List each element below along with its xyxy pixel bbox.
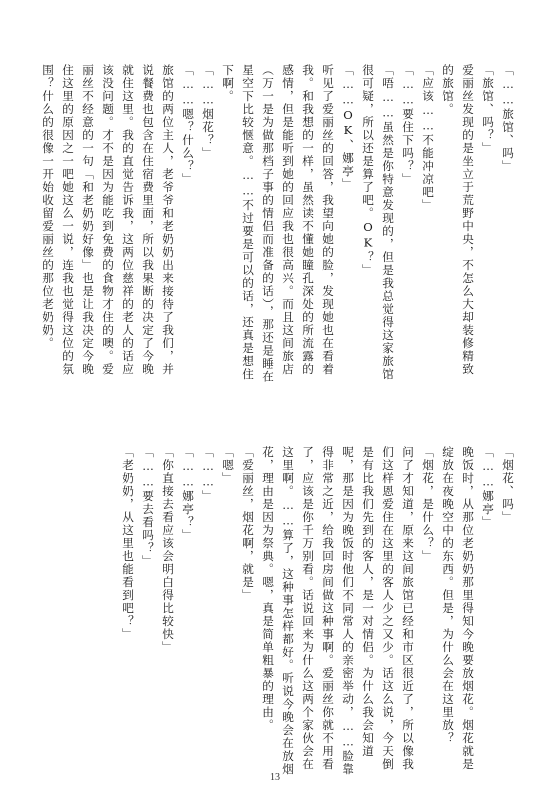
narration-paragraph: 晚饭时，从那位老奶奶那里得知今晚要放烟花。烟花就是绽放在夜晚空中的东西。但是，为…: [438, 446, 478, 776]
dialogue-line: 「……要住下吗？」: [398, 64, 418, 384]
dialogue-line: 「爱丽丝，烟花啊，就是」: [238, 446, 258, 776]
dialogue-line: 「你直接去看应该会明白得比较快」: [158, 446, 178, 776]
top-text-block: 「……旅馆、吗」 「旅馆、吗？」 爱丽丝发现的是坐立于荒野中央，不怎么大却装修精…: [30, 64, 518, 384]
dialogue-line: 「嗯」: [218, 446, 238, 776]
dialogue-line: 「……要去看吗？」: [138, 446, 158, 776]
dialogue-line: 「老奶奶，从这里也能看到吧？」: [118, 446, 138, 776]
dialogue-line: 「……烟花？」: [198, 64, 218, 384]
narration-paragraph: 听见了爱丽丝的回答，我望向她的脸，发现她也在看着我。和我想的一样，虽然读不懂她瞳…: [218, 64, 338, 384]
page-number: 13: [0, 772, 550, 783]
dialogue-line: 「烟花、吗」: [498, 446, 518, 776]
dialogue-line: 「……OK、娜亭」: [338, 64, 358, 384]
dialogue-line: 「……旅馆、吗」: [498, 64, 518, 384]
dialogue-line: 「唔……虽然是你特意发现的，但是我总觉得这家旅馆很可疑，所以还是算了吧。OK？」: [358, 64, 398, 384]
dialogue-line: 「旅馆、吗？」: [478, 64, 498, 384]
dialogue-line: 「烟花，是什么？」: [418, 446, 438, 776]
dialogue-line: 「……娜亭？」: [178, 446, 198, 776]
dialogue-line: 「……娜亭」: [478, 446, 498, 776]
narration-paragraph: 旅馆的两位主人，老爷爷和老奶奶出来接待了我们，并说餐费也包含在住宿费里面，所以我…: [38, 64, 178, 384]
narration-paragraph: 爱丽丝发现的是坐立于荒野中央，不怎么大却装修精致的旅馆。: [438, 64, 478, 384]
dialogue-line: 「应该……不能冲凉吧」: [418, 64, 438, 384]
dialogue-line: 「……嗯？什么？」: [178, 64, 198, 384]
dialogue-line: 「……」: [198, 446, 218, 776]
narration-paragraph: 问了才知道，原来这间旅馆已经和市区很近了，所以像我们这样恩爱住在这里的客人少之又…: [258, 446, 418, 776]
bottom-text-block: 「烟花、吗」 「……娜亭」 晚饭时，从那位老奶奶那里得知今晚要放烟花。烟花就是绽…: [30, 446, 518, 776]
